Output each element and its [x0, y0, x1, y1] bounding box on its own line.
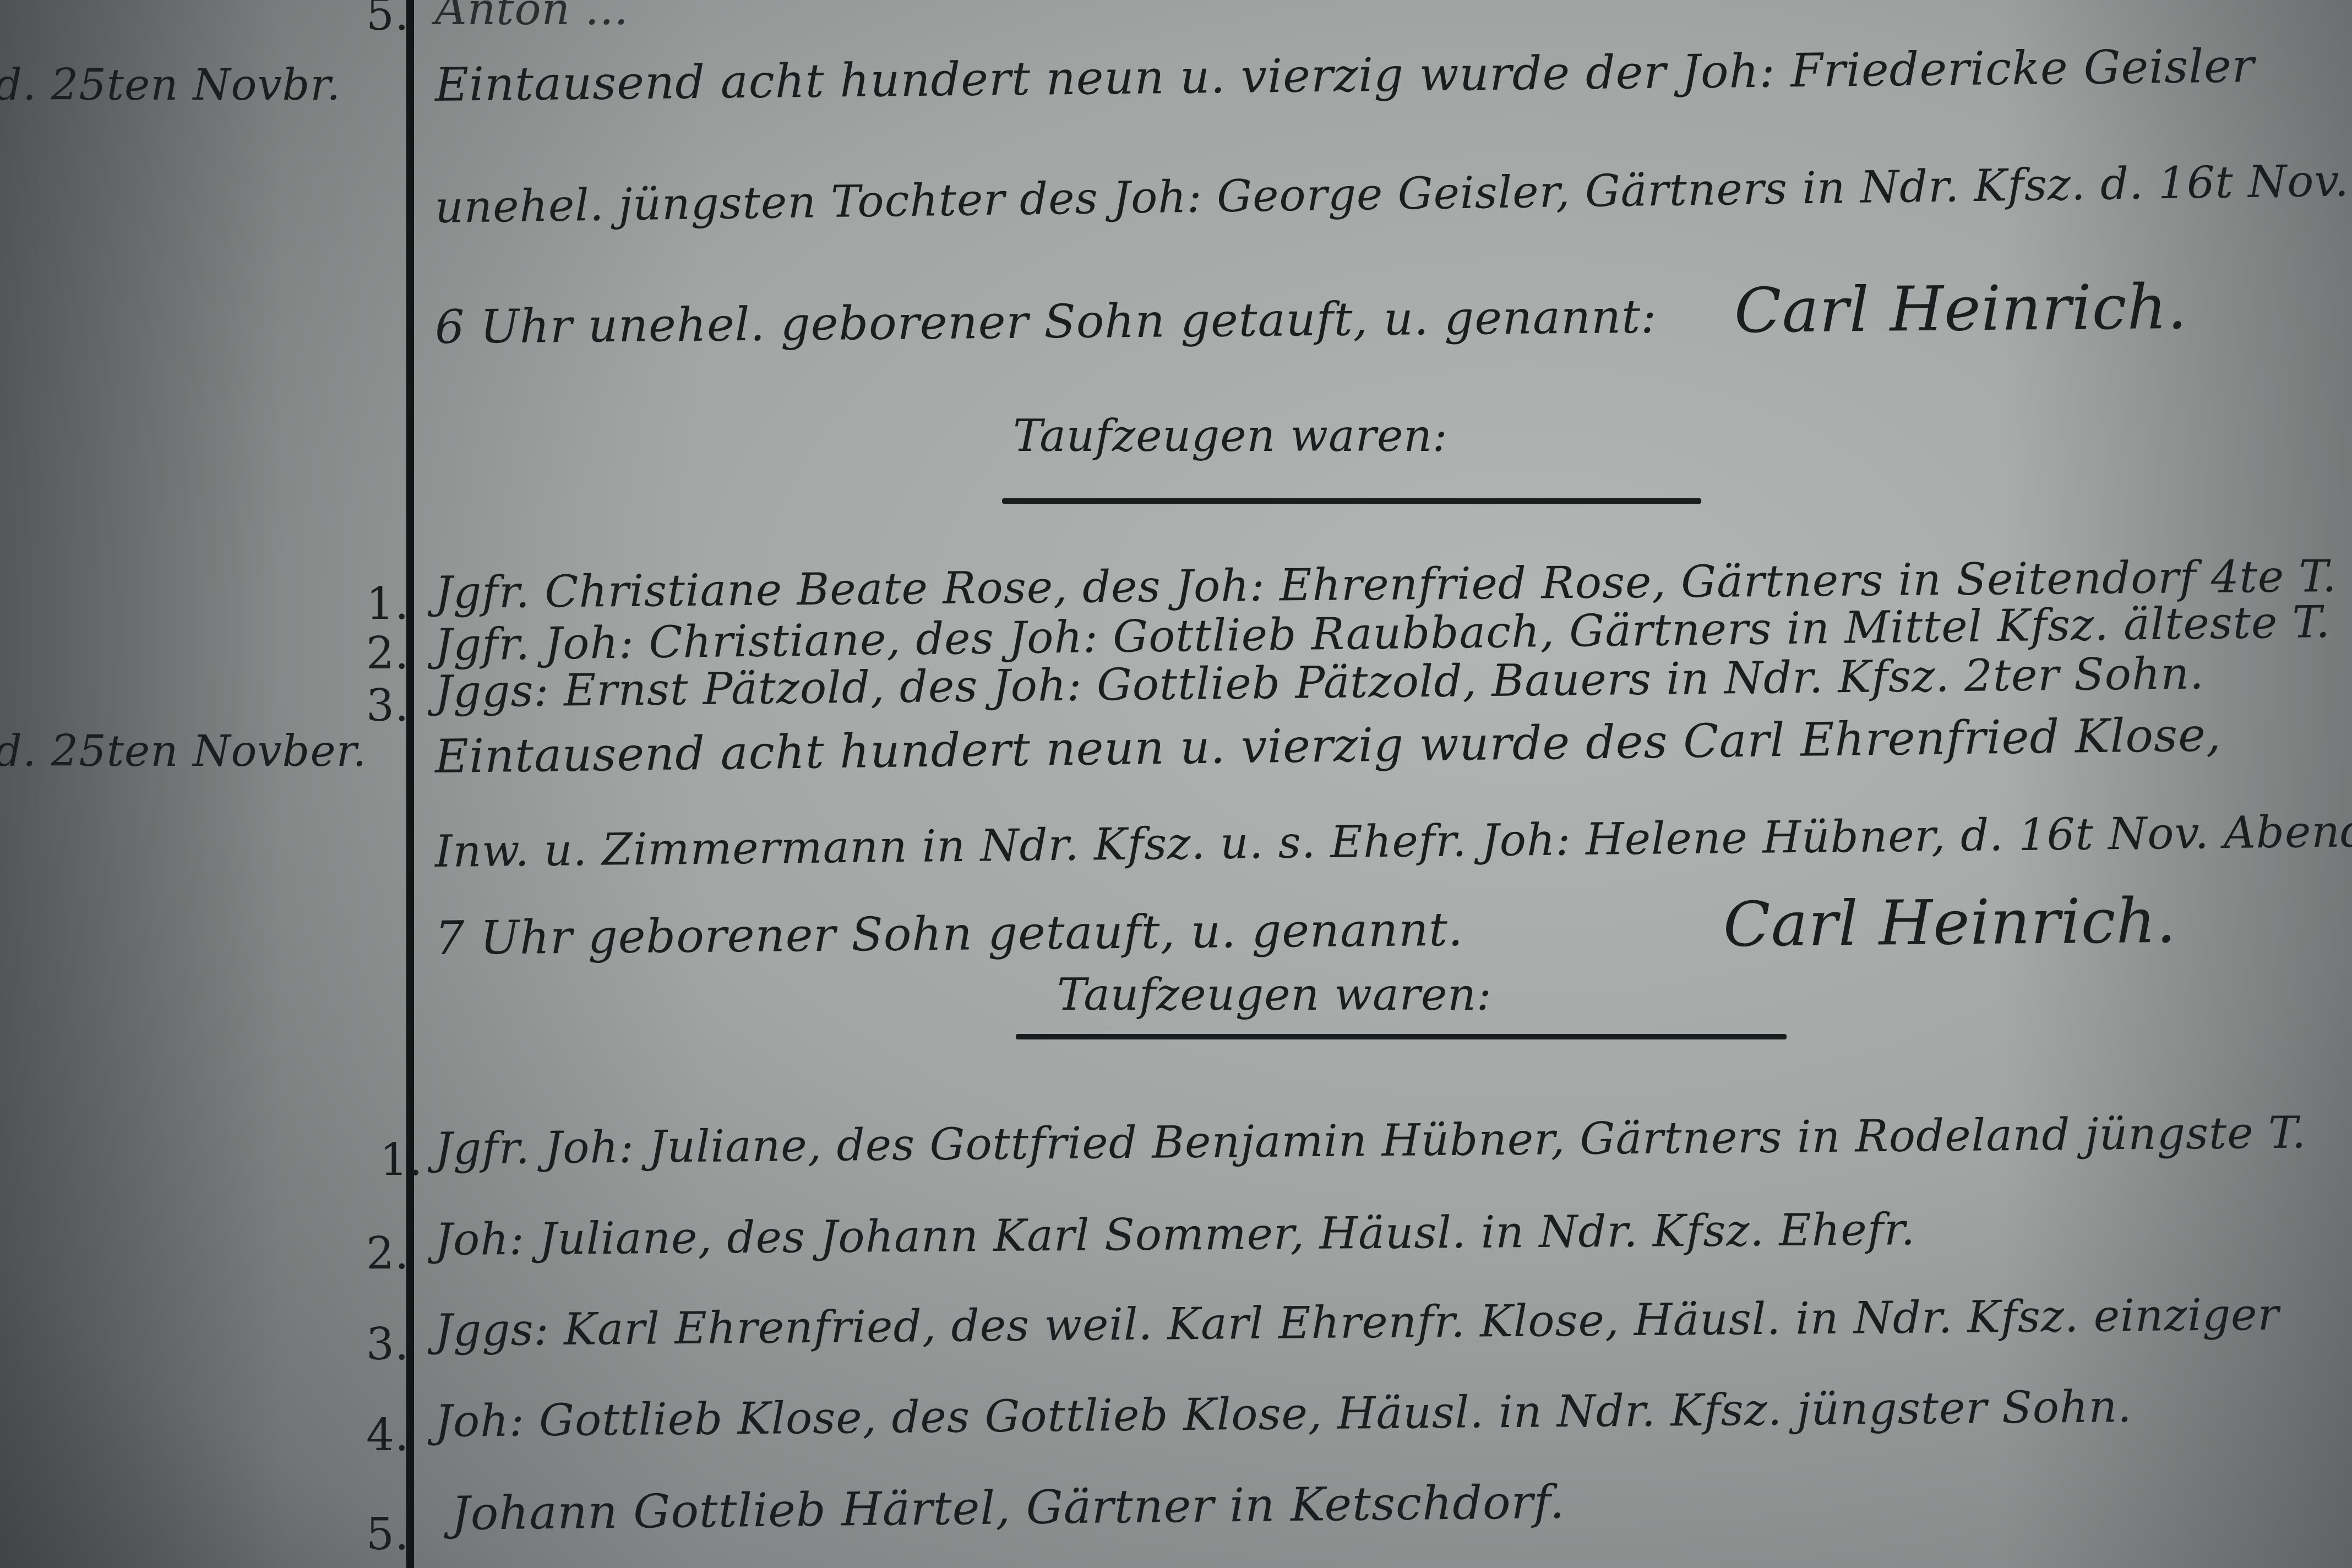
entry-1-witness-1-number: 1. [366, 578, 409, 629]
entry-2-witness-1-number: 1. [380, 1134, 423, 1185]
entry-2-witness-3-number: 3. [366, 1319, 409, 1370]
entry-1-child-name: Carl Heinrich. [1734, 271, 2187, 347]
entry-2-witness-5: Johann Gottlieb Härtel, Gärtner in Ketsc… [451, 1475, 1565, 1540]
entry-2-witness-2: Joh: Juliane, des Johann Karl Sommer, Hä… [435, 1204, 1916, 1265]
entry-1-line-1: Eintausend acht hundert neun u. vierzig … [434, 39, 2255, 112]
entry-2-line-2: Inw. u. Zimmermann in Ndr. Kfsz. u. s. E… [435, 805, 2352, 877]
entry-2-line-3: 7 Uhr geborener Sohn getauft, u. genannt… [435, 902, 1464, 965]
entry-2-witness-4: Joh: Gottlieb Klose, des Gottlieb Klose,… [435, 1381, 2132, 1447]
entry-1-line-2: unehel. jüngsten Tochter des Joh: George… [434, 153, 2352, 233]
entry-2-witness-4-number: 4. [366, 1409, 409, 1461]
entry-2-witness-1: Jgfr. Joh: Juliane, des Gottfried Benjam… [435, 1107, 2307, 1174]
entry-2-witness-5-number: 5. [366, 1509, 409, 1560]
entry-2-header-underline [1016, 1034, 1787, 1039]
entry-2-child-name: Carl Heinrich. [1723, 885, 2176, 961]
entry-2-witness-2-number: 2. [366, 1228, 409, 1279]
entry-1-witness-2-number: 2. [366, 628, 409, 679]
entry-1-witness-3-number: 3. [366, 680, 409, 731]
entry-1-witness-header: Taufzeugen waren: [1013, 410, 1448, 461]
entry-1-header-underline [1002, 498, 1701, 504]
fragment-number: 5. [366, 0, 409, 40]
entry-2-witness-3: Jggs: Karl Ehrenfried, des weil. Karl Eh… [435, 1289, 2280, 1356]
entry-2-witness-header: Taufzeugen waren: [1057, 969, 1492, 1020]
entry-1-date: d. 25ten Novbr. [0, 61, 341, 110]
entry-1-line-3: 6 Uhr unehel. geborener Sohn getauft, u.… [435, 290, 1657, 354]
fragment-text: Anton ... [435, 0, 629, 35]
entry-2-line-1: Eintausend acht hundert neun u. vierzig … [434, 707, 2222, 783]
entry-2-date: d. 25ten Novber. [0, 727, 367, 776]
